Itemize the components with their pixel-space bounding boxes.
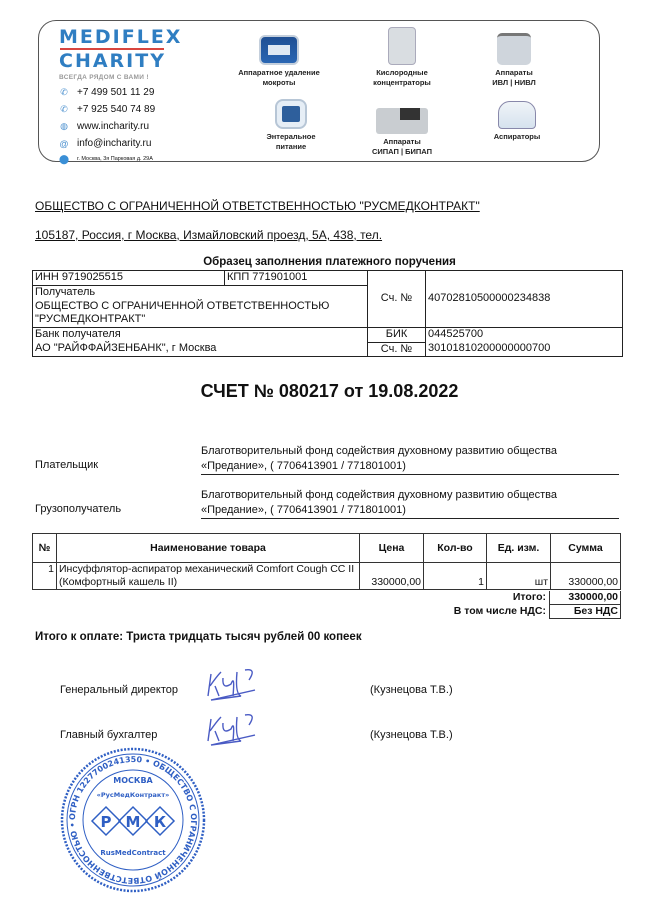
stamp-letter-p: Р xyxy=(101,813,112,831)
row-item-name: Инсуффлятор-аспиратор механический Comfo… xyxy=(57,563,360,590)
col-header-qty: Кол-во xyxy=(424,534,487,563)
stamp-brand-en: RusMedContract xyxy=(100,849,166,857)
item-name-line-2: (Комфортный кашель II) xyxy=(59,576,357,589)
row-qty: 1 xyxy=(424,563,487,590)
total-label: Итого: xyxy=(513,591,549,605)
account-cell: 40702810500000234838 xyxy=(426,271,623,328)
product-label-line2: мокроты xyxy=(219,78,339,88)
bik-corr-cell: 044525700 30101810200000000700 xyxy=(426,328,623,357)
globe-icon: ◍ xyxy=(57,121,71,132)
account-label: Сч. № xyxy=(381,292,412,304)
col-header-price: Цена xyxy=(360,534,424,563)
signature-accountant: Главный бухгалтер (Кузнецова Т.В.) xyxy=(60,729,157,741)
contact-email: @ info@incharity.ru xyxy=(57,135,155,152)
signer-name: (Кузнецова Т.В.) xyxy=(370,684,453,696)
recipient-name: ОБЩЕСТВО С ОГРАНИЧЕННОЙ ОТВЕТСТВЕННОСТЬЮ… xyxy=(35,300,365,327)
recipient-cell: Получатель ОБЩЕСТВО С ОГРАНИЧЕННОЙ ОТВЕТ… xyxy=(33,286,368,328)
product-ventilators: Аппараты ИВЛ | НИВЛ xyxy=(454,33,574,88)
stamp-letter-k: К xyxy=(154,813,167,831)
contact-address: ⬤ г. Москва, 3я Парковая д. 29А xyxy=(57,152,155,166)
location-pin-icon: ⬤ xyxy=(57,154,71,165)
product-label-line1: Кислородные xyxy=(342,68,462,78)
product-oxygen-concentrators: Кислородные концентраторы xyxy=(342,27,462,88)
totals-block: Итого: 330000,00 В том числе НДС: Без НД… xyxy=(32,591,621,619)
stamp-brand-ru: «РусМедКонтракт» xyxy=(97,791,170,799)
cough-assist-device-image xyxy=(259,35,299,65)
signature-director: Генеральный директор (Кузнецова Т.В.) xyxy=(60,684,178,696)
phone-icon: ✆ xyxy=(57,87,71,98)
product-label-line1: Энтеральное xyxy=(231,132,351,142)
contact-text: www.incharity.ru xyxy=(77,121,149,132)
bik-label-cell: БИК xyxy=(368,328,426,343)
payment-sample-title: Образец заполнения платежного поручения xyxy=(0,256,659,268)
consignee-label: Грузополучатель xyxy=(35,503,121,515)
account-label-cell: Сч. № xyxy=(368,271,426,328)
row-number: 1 xyxy=(33,563,57,590)
stamp-letter-m: М xyxy=(126,813,141,831)
product-label-line2: питание xyxy=(231,142,351,152)
bik-value: 044525700 xyxy=(428,328,620,342)
product-label-line1: Аспираторы xyxy=(457,132,577,142)
row-unit: шт xyxy=(487,563,551,590)
items-table: № Наименование товара Цена Кол-во Ед. из… xyxy=(32,533,621,590)
item-name-line-1: Инсуффлятор-аспиратор механический Comfo… xyxy=(59,563,357,576)
product-label-line1: Аппаратное удаление xyxy=(219,68,339,78)
product-label-line1: Аппараты xyxy=(342,137,462,147)
bank-details-table: ИНН 9719025515 КПП 771901001 Сч. № 40702… xyxy=(32,270,623,357)
consignee-line-2: «Предание», ( 7706413901 / 771801001) xyxy=(201,503,619,518)
contact-phone-1: ✆ +7 499 501 11 29 xyxy=(57,84,155,101)
table-row: 1 Инсуффлятор-аспиратор механический Com… xyxy=(33,563,621,590)
product-label-line2: концентраторы xyxy=(342,78,462,88)
total-value: 330000,00 xyxy=(549,591,621,605)
stamp-city: МОСКВА xyxy=(113,776,153,785)
kpp-cell: КПП 771901001 xyxy=(225,271,368,286)
contact-text: info@incharity.ru xyxy=(77,138,151,149)
vat-label: В том числе НДС: xyxy=(454,605,549,619)
consignee-value: Благотворительный фонд содействия духовн… xyxy=(201,488,619,519)
corr-account-value: 30101810200000000700 xyxy=(428,342,620,356)
contact-website: ◍ www.incharity.ru xyxy=(57,118,155,135)
contact-text: +7 499 501 11 29 xyxy=(77,87,154,98)
payer-label: Плательщик xyxy=(35,459,98,471)
mediflex-charity-logo: MEDIFLEX CHARITY ВСЕГДА РЯДОМ С ВАМИ ! xyxy=(59,27,182,81)
product-cpap-bipap: Аппараты СИПАП | БИПАП xyxy=(342,103,462,157)
enteral-pump-image xyxy=(275,99,307,129)
payer-line-1: Благотворительный фонд содействия духовн… xyxy=(201,444,619,459)
aspirator-image xyxy=(498,101,536,129)
product-enteral-feeding: Энтеральное питание xyxy=(231,99,351,152)
total-row: Итого: 330000,00 xyxy=(32,591,621,605)
bank-label: Банк получателя xyxy=(35,328,365,342)
company-seal-stamp: ОГРН 1227700241350 • ОБЩЕСТВО С ОГРАНИЧЕ… xyxy=(58,745,208,895)
product-label-line1: Аппараты xyxy=(454,68,574,78)
col-header-number: № xyxy=(33,534,57,563)
inn-cell: ИНН 9719025515 xyxy=(33,271,225,286)
amount-in-words: Итого к оплате: Триста тридцать тысяч ру… xyxy=(35,631,362,643)
contacts-list: ✆ +7 499 501 11 29 ✆ +7 925 540 74 89 ◍ … xyxy=(57,84,155,166)
product-sputum-removal: Аппаратное удаление мокроты xyxy=(219,35,339,88)
product-label-line2: ИВЛ | НИВЛ xyxy=(454,78,574,88)
row-price: 330000,00 xyxy=(360,563,424,590)
product-aspirators: Аспираторы xyxy=(457,101,577,142)
contact-text: +7 925 540 74 89 xyxy=(77,104,155,115)
bank-cell: Банк получателя АО "РАЙФФАЙЗЕНБАНК", г М… xyxy=(33,328,368,357)
col-header-name: Наименование товара xyxy=(57,534,360,563)
invoice-title: СЧЕТ № 080217 от 19.08.2022 xyxy=(0,381,659,402)
phone-icon: ✆ xyxy=(57,104,71,115)
logo-tagline: ВСЕГДА РЯДОМ С ВАМИ ! xyxy=(59,74,182,81)
signer-role: Главный бухгалтер xyxy=(60,729,157,741)
ventilator-image xyxy=(497,33,531,65)
oxygen-concentrator-image xyxy=(388,27,416,65)
product-label-line2: СИПАП | БИПАП xyxy=(342,147,462,157)
corr-account-label-cell: Сч. № xyxy=(368,342,426,357)
col-header-sum: Сумма xyxy=(551,534,621,563)
consignee-line-1: Благотворительный фонд содействия духовн… xyxy=(201,488,619,503)
signer-role: Генеральный директор xyxy=(60,684,178,696)
handwritten-signature-icon xyxy=(205,711,275,751)
logo-line-2: CHARITY xyxy=(59,51,182,71)
signer-name: (Кузнецова Т.В.) xyxy=(370,729,453,741)
payer-value: Благотворительный фонд содействия духовн… xyxy=(201,444,619,475)
contact-text: г. Москва, 3я Парковая д. 29А xyxy=(77,156,153,162)
vat-value: Без НДС xyxy=(549,605,621,619)
supplier-name: ОБЩЕСТВО С ОГРАНИЧЕННОЙ ОТВЕТСТВЕННОСТЬЮ… xyxy=(35,199,480,213)
cpap-device-image xyxy=(376,108,428,134)
supplier-address: 105187, Россия, г Москва, Измайловский п… xyxy=(35,228,382,242)
account-number: 40702810500000234838 xyxy=(428,292,550,304)
vat-row: В том числе НДС: Без НДС xyxy=(32,605,621,619)
col-header-unit: Ед. изм. xyxy=(487,534,551,563)
row-sum: 330000,00 xyxy=(551,563,621,590)
header-banner: MEDIFLEX CHARITY ВСЕГДА РЯДОМ С ВАМИ ! ✆… xyxy=(38,20,600,162)
bank-name: АО "РАЙФФАЙЗЕНБАНК", г Москва xyxy=(35,342,365,356)
handwritten-signature-icon xyxy=(205,666,275,706)
payer-line-2: «Предание», ( 7706413901 / 771801001) xyxy=(201,459,619,474)
at-icon: @ xyxy=(57,139,71,149)
recipient-label: Получатель xyxy=(35,286,365,300)
contact-phone-2: ✆ +7 925 540 74 89 xyxy=(57,101,155,118)
logo-line-1: MEDIFLEX xyxy=(59,27,182,47)
